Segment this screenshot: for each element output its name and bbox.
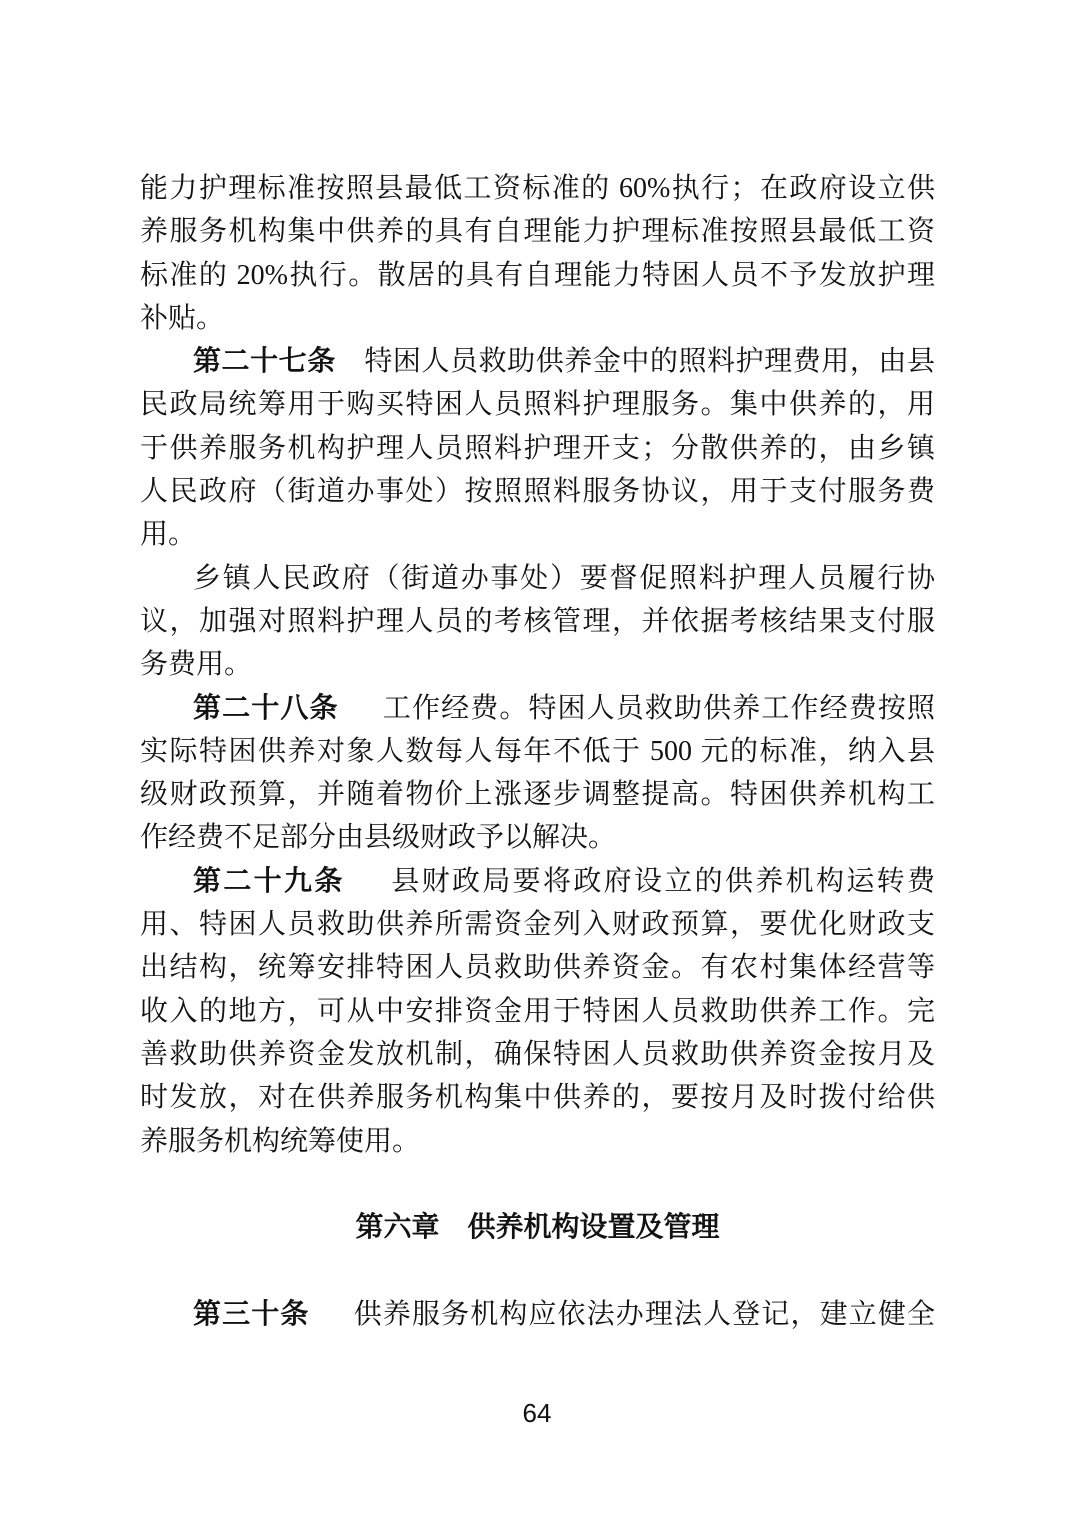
text-run: 议，加强对照料护理人员的考核管理，并依据考核结果支付服 bbox=[140, 606, 935, 637]
text-line: 第二十八条 工作经费。特困人员救助供养工作经费按照 bbox=[140, 687, 935, 730]
text-run: 用、特困人员救助供养所需资金列入财政预算，要优化财政支 bbox=[140, 909, 935, 940]
bold-run: 第二十九条 bbox=[193, 866, 345, 897]
text-run: 乡镇人民政府（街道办事处）要督促照料护理人员履行协 bbox=[193, 563, 935, 594]
text-line: 务费用。 bbox=[140, 643, 935, 686]
chapter-heading: 第六章 供养机构设置及管理 bbox=[140, 1206, 935, 1249]
page-number: 64 bbox=[0, 1398, 1074, 1428]
bold-run: 第六章 供养机构设置及管理 bbox=[355, 1212, 719, 1243]
text-run: 实际特困供养对象人数每人每年不低于 500 元的标准，纳入县 bbox=[140, 736, 935, 767]
text-line: 级财政预算，并随着物价上涨逐步调整提高。特困供养机构工 bbox=[140, 773, 935, 816]
text-line: 出结构，统筹安排特困人员救助供养资金。有农村集体经营等 bbox=[140, 946, 935, 989]
text-run: 收入的地方，可从中安排资金用于特困人员救助供养工作。完 bbox=[140, 996, 935, 1027]
text-line: 乡镇人民政府（街道办事处）要督促照料护理人员履行协 bbox=[140, 557, 935, 600]
text-run: 于供养服务机构护理人员照料护理开支；分散供养的，由乡镇 bbox=[140, 433, 935, 464]
text-run: 时发放，对在供养服务机构集中供养的，要按月及时拨付给供 bbox=[140, 1082, 935, 1113]
text-line: 标准的 20%执行。散居的具有自理能力特困人员不予发放护理 bbox=[140, 254, 935, 297]
text-line: 善救助供养资金发放机制，确保特困人员救助供养资金按月及 bbox=[140, 1033, 935, 1076]
blank-line bbox=[140, 1163, 935, 1206]
text-run: 工作经费。特困人员救助供养工作经费按照 bbox=[339, 693, 935, 724]
text-run: 能力护理标准按照县最低工资标准的 60%执行；在政府设立供 bbox=[140, 173, 935, 204]
text-line: 作经费不足部分由县级财政予以解决。 bbox=[140, 816, 935, 859]
text-line: 补贴。 bbox=[140, 297, 935, 340]
text-run: 养服务机构统筹使用。 bbox=[140, 1126, 420, 1157]
text-line: 用、特困人员救助供养所需资金列入财政预算，要优化财政支 bbox=[140, 903, 935, 946]
text-run: 善救助供养资金发放机制，确保特困人员救助供养资金按月及 bbox=[140, 1039, 935, 1070]
text-run: 用。 bbox=[140, 519, 196, 550]
text-line: 第二十九条 县财政局要将政府设立的供养机构运转费 bbox=[140, 860, 935, 903]
text-line: 收入的地方，可从中安排资金用于特困人员救助供养工作。完 bbox=[140, 990, 935, 1033]
text-run: 县财政局要将政府设立的供养机构运转费 bbox=[345, 866, 935, 897]
text-run: 民政局统筹用于购买特困人员照料护理服务。集中供养的，用 bbox=[140, 389, 935, 420]
text-run: 标准的 20%执行。散居的具有自理能力特困人员不予发放护理 bbox=[140, 260, 935, 291]
text-run: 人民政府（街道办事处）按照照料服务协议，用于支付服务费 bbox=[140, 476, 935, 507]
text-line: 人民政府（街道办事处）按照照料服务协议，用于支付服务费 bbox=[140, 470, 935, 513]
text-run: 务费用。 bbox=[140, 649, 252, 680]
text-line: 能力护理标准按照县最低工资标准的 60%执行；在政府设立供 bbox=[140, 167, 935, 210]
text-run: 特困人员救助供养金中的照料护理费用，由县 bbox=[336, 346, 935, 377]
text-run: 养服务机构集中供养的具有自理能力护理标准按照县最低工资 bbox=[140, 216, 935, 247]
text-line: 养服务机构统筹使用。 bbox=[140, 1120, 935, 1163]
text-line: 养服务机构集中供养的具有自理能力护理标准按照县最低工资 bbox=[140, 210, 935, 253]
text-line: 实际特困供养对象人数每人每年不低于 500 元的标准，纳入县 bbox=[140, 730, 935, 773]
bold-run: 第三十条 bbox=[193, 1299, 309, 1330]
blank-line bbox=[140, 1249, 935, 1292]
text-line: 于供养服务机构护理人员照料护理开支；分散供养的，由乡镇 bbox=[140, 427, 935, 470]
text-run: 出结构，统筹安排特困人员救助供养资金。有农村集体经营等 bbox=[140, 952, 935, 983]
text-line: 第三十条 供养服务机构应依法办理法人登记，建立健全 bbox=[140, 1293, 935, 1336]
bold-run: 第二十八条 bbox=[193, 693, 339, 724]
text-line: 第二十七条 特困人员救助供养金中的照料护理费用，由县 bbox=[140, 340, 935, 383]
text-line: 用。 bbox=[140, 513, 935, 556]
bold-run: 第二十七条 bbox=[193, 346, 336, 377]
document-content: 能力护理标准按照县最低工资标准的 60%执行；在政府设立供养服务机构集中供养的具… bbox=[140, 167, 935, 1336]
text-run: 供养服务机构应依法办理法人登记，建立健全 bbox=[309, 1299, 935, 1330]
text-line: 议，加强对照料护理人员的考核管理，并依据考核结果支付服 bbox=[140, 600, 935, 643]
text-run: 级财政预算，并随着物价上涨逐步调整提高。特困供养机构工 bbox=[140, 779, 935, 810]
text-run: 作经费不足部分由县级财政予以解决。 bbox=[140, 822, 616, 853]
text-line: 民政局统筹用于购买特困人员照料护理服务。集中供养的，用 bbox=[140, 383, 935, 426]
text-run: 补贴。 bbox=[140, 303, 224, 334]
text-line: 时发放，对在供养服务机构集中供养的，要按月及时拨付给供 bbox=[140, 1076, 935, 1119]
document-page: 能力护理标准按照县最低工资标准的 60%执行；在政府设立供养服务机构集中供养的具… bbox=[0, 0, 1074, 1520]
